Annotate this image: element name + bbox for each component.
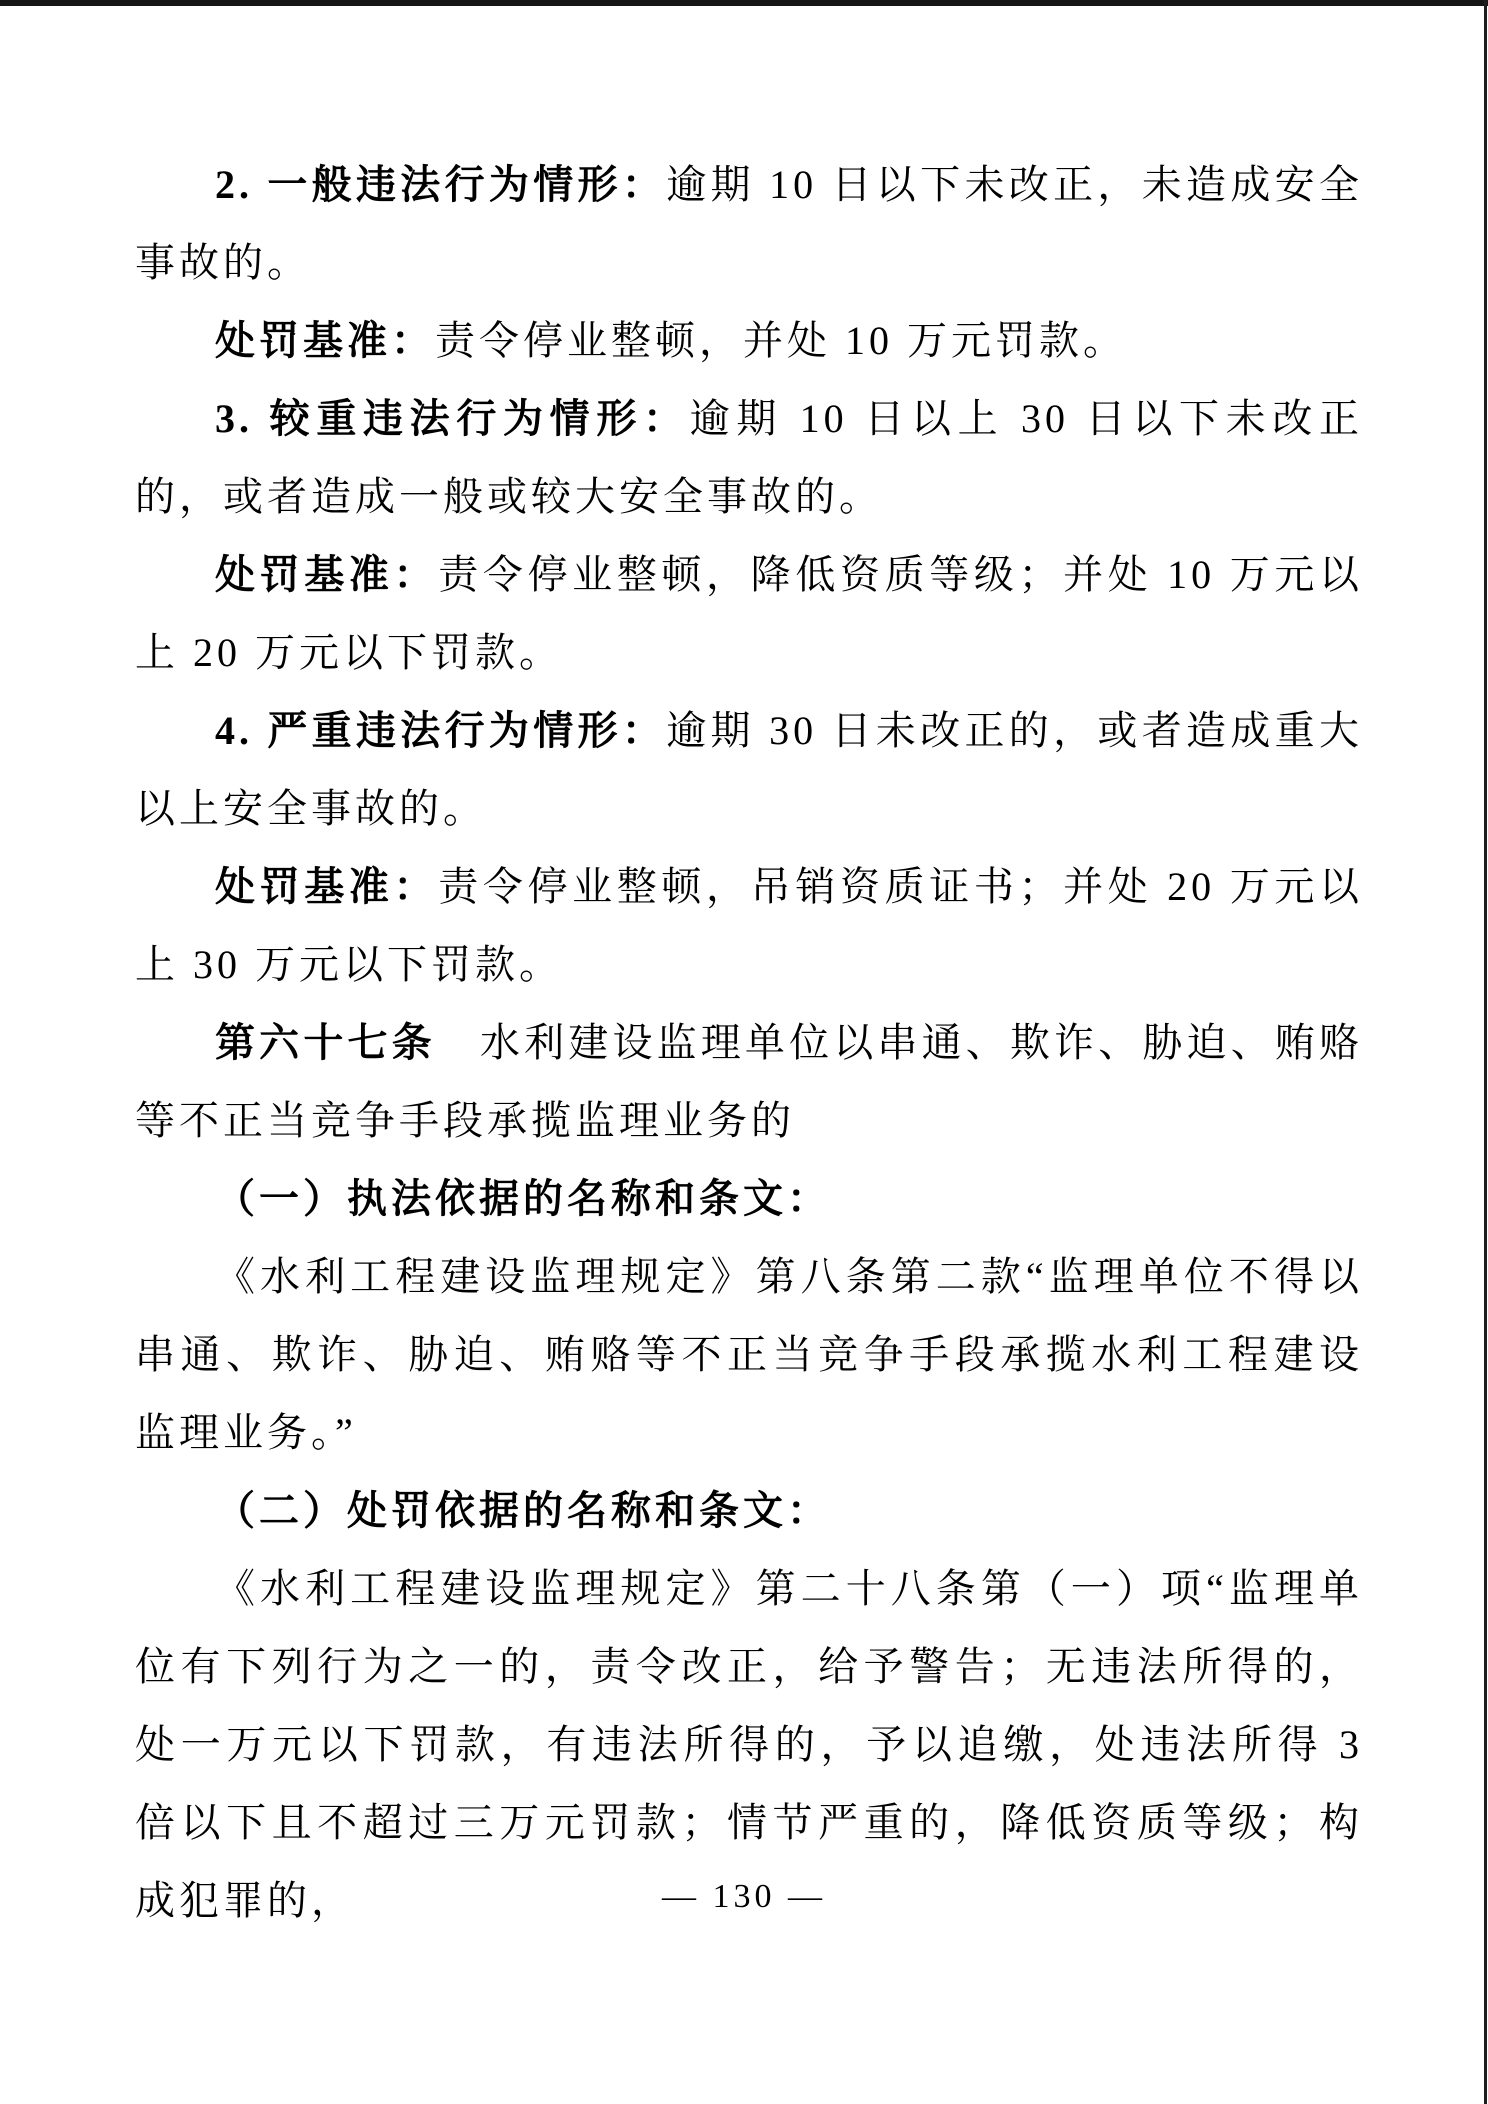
paragraph: 2. 一般违法行为情形：逾期 10 日以下未改正，未造成安全事故的。 bbox=[135, 146, 1363, 302]
paragraph-run-bold: 4. 严重违法行为情形： bbox=[215, 708, 666, 753]
page-number: — 130 — bbox=[0, 1872, 1488, 1922]
paragraph: （一）执法依据的名称和条文： bbox=[135, 1160, 1363, 1238]
paragraph-run-bold: （二）处罚依据的名称和条文： bbox=[215, 1488, 831, 1533]
paragraph-run: 《水利工程建设监理规定》第二十八条第（一）项“监理单位有下列行为之一的，责令改正… bbox=[135, 1566, 1363, 1923]
paragraph: 第六十七条 水利建设监理单位以串通、欺诈、胁迫、贿赂等不正当竞争手段承揽监理业务… bbox=[135, 1004, 1363, 1160]
paragraph-run-bold: 第六十七条 bbox=[215, 1020, 436, 1065]
paragraph-run-bold: 处罚基准： bbox=[215, 552, 438, 597]
paragraph-run: 《水利工程建设监理规定》第八条第二款“监理单位不得以串通、欺诈、胁迫、贿赂等不正… bbox=[135, 1254, 1363, 1455]
scan-edge-top bbox=[0, 0, 1488, 6]
paragraph-run-bold: 3. 较重违法行为情形： bbox=[215, 396, 690, 441]
document-body: 2. 一般违法行为情形：逾期 10 日以下未改正，未造成安全事故的。处罚基准：责… bbox=[135, 146, 1363, 1940]
paragraph-run-bold: 2. 一般违法行为情形： bbox=[215, 162, 666, 207]
paragraph: 处罚基准：责令停业整顿，吊销资质证书；并处 20 万元以上 30 万元以下罚款。 bbox=[135, 848, 1363, 1004]
document-page: 2. 一般违法行为情形：逾期 10 日以下未改正，未造成安全事故的。处罚基准：责… bbox=[0, 0, 1488, 2104]
paragraph: （二）处罚依据的名称和条文： bbox=[135, 1472, 1363, 1550]
paragraph-run: 责令停业整顿，并处 10 万元罚款。 bbox=[435, 318, 1127, 363]
paragraph: 《水利工程建设监理规定》第八条第二款“监理单位不得以串通、欺诈、胁迫、贿赂等不正… bbox=[135, 1238, 1363, 1472]
paragraph: 3. 较重违法行为情形：逾期 10 日以上 30 日以下未改正的，或者造成一般或… bbox=[135, 380, 1363, 536]
paragraph-run-bold: （一）执法依据的名称和条文： bbox=[215, 1176, 831, 1221]
paragraph: 处罚基准：责令停业整顿，并处 10 万元罚款。 bbox=[135, 302, 1363, 380]
paragraph: 处罚基准：责令停业整顿，降低资质等级；并处 10 万元以上 20 万元以下罚款。 bbox=[135, 536, 1363, 692]
paragraph-run-bold: 处罚基准： bbox=[215, 318, 435, 363]
paragraph-run-bold: 处罚基准： bbox=[215, 864, 438, 909]
scan-edge-right bbox=[1484, 0, 1487, 2104]
paragraph: 4. 严重违法行为情形：逾期 30 日未改正的，或者造成重大以上安全事故的。 bbox=[135, 692, 1363, 848]
